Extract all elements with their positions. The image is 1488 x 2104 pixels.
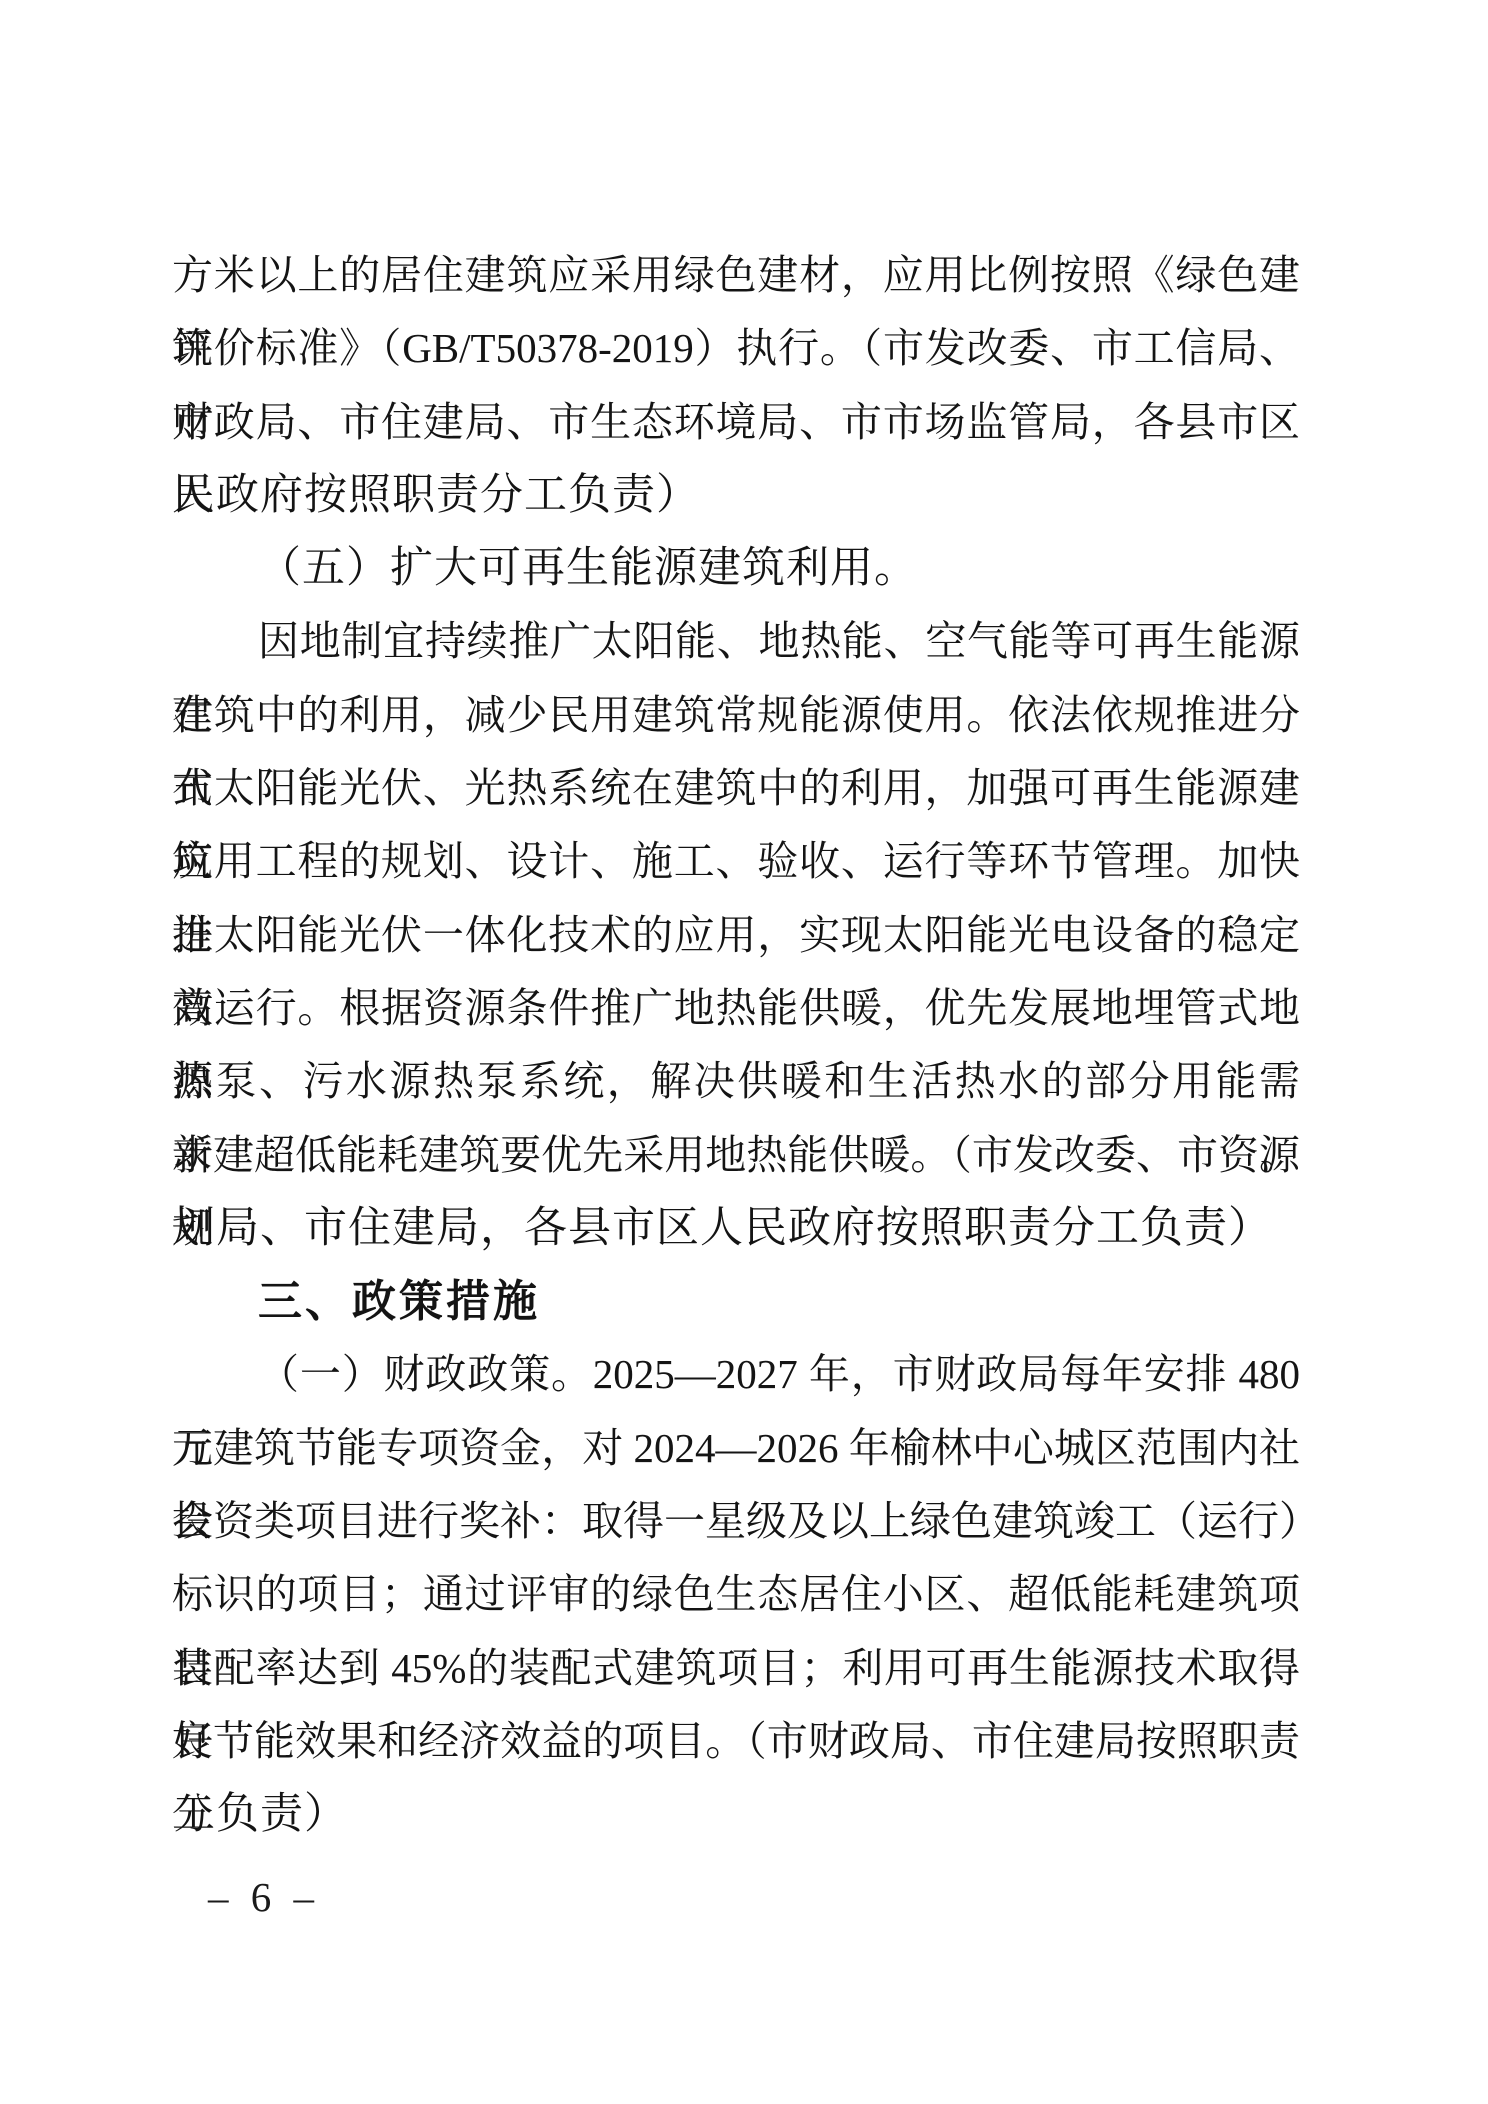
text-line: 新建超低能耗建筑要优先采用地热能供暖。（市发改委、市资源规	[172, 1119, 1300, 1192]
text-line: 因地制宜持续推广太阳能、地热能、空气能等可再生能源在	[172, 605, 1300, 678]
text-line: 投资类项目进行奖补：取得一星级及以上绿色建筑竣工（运行）	[172, 1485, 1300, 1558]
text-line: 划局、市住建局，各县市区人民政府按照职责分工负责）	[172, 1192, 1300, 1265]
document-page: 方米以上的居住建筑应采用绿色建材，应用比例按照《绿色建筑 评价标准》（GB/T5…	[0, 0, 1488, 2104]
text-line: 建筑中的利用，减少民用建筑常规能源使用。依法依规推进分布	[172, 679, 1300, 752]
text-line: 式太阳能光伏、光热系统在建筑中的利用，加强可再生能源建筑	[172, 752, 1300, 825]
text-line: 标识的项目；通过评审的绿色生态居住小区、超低能耗建筑项目；	[172, 1558, 1300, 1631]
text-line: 进太阳能光伏一体化技术的应用，实现太阳能光电设备的稳定高	[172, 899, 1300, 972]
text-line: 热泵、污水源热泵系统，解决供暖和生活热水的部分用能需求。	[172, 1045, 1300, 1118]
text-line: 评价标准》（GB/T50378-2019）执行。（市发改委、市工信局、市	[172, 312, 1300, 385]
text-line: 财政局、市住建局、市生态环境局、市市场监管局，各县市区人	[172, 386, 1300, 459]
text-line: 效运行。根据资源条件推广地热能供暖，优先发展地埋管式地源	[172, 972, 1300, 1045]
document-body: 方米以上的居住建筑应采用绿色建材，应用比例按照《绿色建筑 评价标准》（GB/T5…	[172, 239, 1300, 1852]
text-line: 元建筑节能专项资金，对 2024—2026 年榆林中心城区范围内社会	[172, 1412, 1300, 1485]
text-line: 装配率达到 45%的装配式建筑项目；利用可再生能源技术取得良	[172, 1632, 1300, 1705]
section-heading-line: （五）扩大可再生能源建筑利用。	[172, 532, 1300, 605]
text-line: 好节能效果和经济效益的项目。（市财政局、市住建局按照职责分	[172, 1705, 1300, 1778]
chapter-heading: 三、政策措施	[172, 1265, 1300, 1338]
text-line: 应用工程的规划、设计、施工、验收、运行等环节管理。加快推	[172, 825, 1300, 898]
text-line: 工负责）	[172, 1778, 1300, 1851]
page-number: – 6 –	[208, 1872, 320, 1922]
text-line: （一）财政政策。2025—2027 年，市财政局每年安排 480 万	[172, 1338, 1300, 1411]
text-line: 方米以上的居住建筑应采用绿色建材，应用比例按照《绿色建筑	[172, 239, 1300, 312]
text-line: 民政府按照职责分工负责）	[172, 459, 1300, 532]
